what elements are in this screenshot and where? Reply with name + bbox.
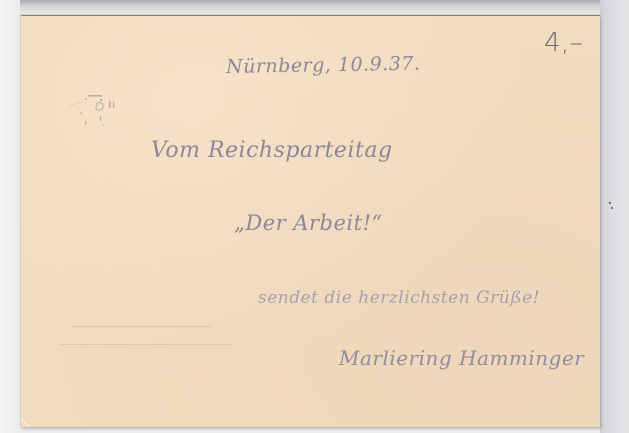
- corner-crease-icon: [21, 413, 35, 427]
- scanner-smudge-icon: [606, 200, 616, 212]
- page-number: 4,–: [544, 28, 583, 58]
- faint-printed-line: [71, 326, 211, 327]
- place-and-date: Nürnberg, 10.9.37.: [226, 53, 421, 78]
- message-line-1: Vom Reichsparteitag: [151, 138, 393, 163]
- message-line-3: sendet die herzlichsten Grüße!: [258, 288, 540, 308]
- postmark-icon: [63, 88, 153, 138]
- scanner-background-left: [0, 0, 20, 433]
- signature: Marliering Hamminger: [339, 346, 584, 370]
- postcard: 4,– Nürnberg, 10.9.37. Vom Reichsparteit…: [21, 15, 600, 427]
- faint-printed-line: [61, 344, 231, 345]
- scanner-background-right: [600, 0, 629, 433]
- message-line-2: „Der Arbeit!“: [234, 211, 383, 235]
